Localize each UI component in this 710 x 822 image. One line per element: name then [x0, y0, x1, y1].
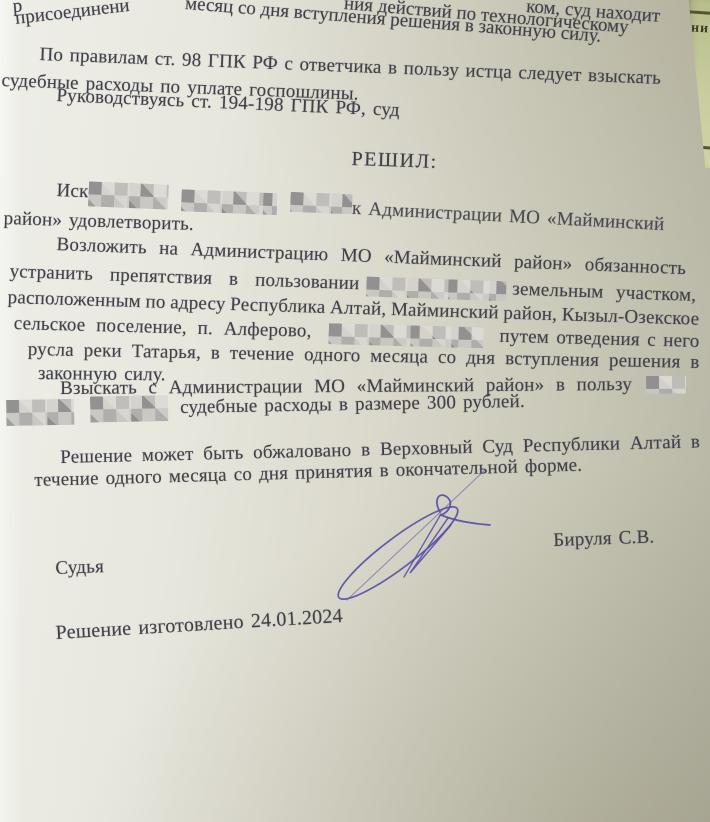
redaction-mosaic: [365, 276, 506, 301]
obligate-line-2-post: земельнымучастком,: [512, 279, 697, 307]
top-fragment-left: присоединени: [14, 0, 131, 30]
resolved-heading: РЕШИЛ:: [351, 148, 438, 174]
obligate-line-4-pre: сельскоепоселение,п.Алферово,: [13, 313, 311, 343]
claim-rest: к Администрации МО «Майминский: [351, 198, 665, 236]
claim-line-2: район» удовлетворить.: [3, 208, 194, 236]
judge-label: Судья: [55, 556, 104, 580]
court-decision-photo: ни р присоединени месяц со дня вступлени…: [0, 0, 710, 822]
redaction-mosaic: [181, 189, 278, 215]
redaction-mosaic: [290, 192, 353, 215]
adjacent-document-rule: [696, 146, 710, 150]
adjacent-document-text-fragment: ни: [691, 21, 710, 38]
redaction-mosaic: [90, 395, 168, 422]
redaction-mosaic: [6, 399, 74, 426]
judge-name: Бируля С.В.: [553, 526, 655, 552]
redaction-mosaic: [88, 181, 169, 209]
judge-signature: [327, 468, 512, 608]
claim-word: Иск: [56, 180, 89, 203]
made-on-line: Решение изготовлено 24.01.2024: [55, 605, 343, 645]
recover-line-2: судебные расходы в размере 300 рублей.: [180, 391, 525, 419]
redaction-mosaic: [646, 376, 686, 394]
adjacent-document-edge: ни: [684, 0, 710, 168]
adjacent-document-rule: [688, 10, 710, 15]
